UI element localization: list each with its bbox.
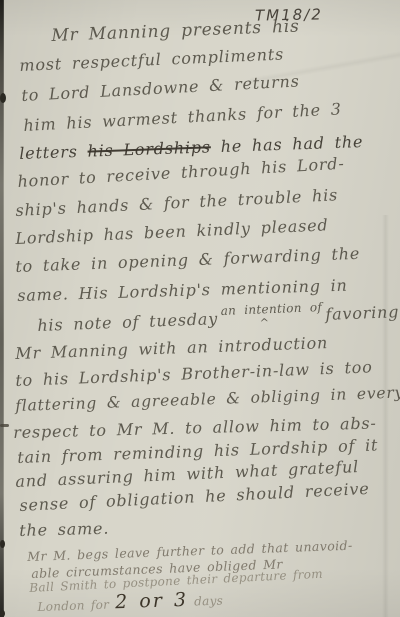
insertion-caret: ^ (259, 316, 270, 329)
postscript4-text-after: days (188, 594, 224, 609)
paper-crease-diagonal (250, 48, 400, 88)
handwritten-line-2: most respectful compliments (19, 44, 284, 75)
ink-blot-top-left (0, 93, 6, 103)
struck-through-words: his Lordships (87, 137, 211, 160)
postscript4-text: London for (37, 597, 115, 614)
ink-blot-bottom-left (0, 540, 5, 548)
handwritten-line-19: the same. (19, 519, 109, 540)
handwritten-line-1: Mr Manning presents his (51, 16, 300, 46)
handwritten-line-4: him his warmest thanks for the 3 (23, 99, 342, 135)
line11-text: his note of tuesday (37, 309, 218, 335)
corner-mark-bottom-left (0, 610, 5, 617)
marginal-dash (0, 424, 9, 427)
handwritten-line-12: Mr Manning with an introduction (15, 333, 328, 363)
insertion-text: an intention of (220, 300, 322, 318)
handwritten-line-8: Lordship has been kindly pleased (15, 215, 329, 248)
paper-crease-vertical (382, 215, 389, 617)
handwritten-line-9: to take in opening & forwarding the (15, 244, 360, 276)
handwritten-line-7: ship's hands & for the trouble his (15, 185, 338, 220)
line5-text: letters (19, 142, 88, 163)
emphasized-number: 2 or 3 (115, 589, 189, 614)
handwritten-line-14: flattering & agreeable & obliging in eve… (15, 383, 400, 415)
handwritten-line-13: to his Lordship's Brother-in-law is too (15, 357, 373, 390)
handwritten-line-11: his note of tuesdayan intention of^favor… (37, 302, 400, 335)
letter-paper: TM18/2 Mr Manning presents his most resp… (3, 0, 400, 617)
interlinear-insertion: an intention of^ (221, 305, 323, 328)
line5-text-after: he has had the (211, 132, 364, 156)
